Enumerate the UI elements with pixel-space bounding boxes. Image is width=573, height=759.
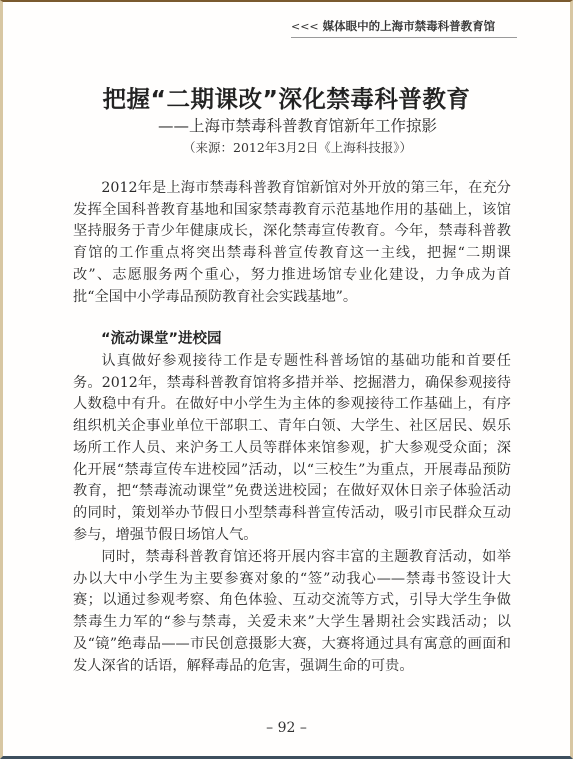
section-heading: “流动课堂”进校园 xyxy=(101,329,222,349)
running-header: <<<媒体眼中的上海市禁毒科普教育馆 xyxy=(291,17,517,38)
article-title: 把握“二期课改”深化禁毒科普教育 xyxy=(3,84,570,114)
running-header-title: 媒体眼中的上海市禁毒科普教育馆 xyxy=(323,19,496,33)
page-number: – 92 – xyxy=(3,720,570,736)
paragraph-text: 2012年是上海市禁毒科普教育馆新馆对外开放的第三年，在充分发挥全国科普教育基地… xyxy=(73,178,511,308)
back-arrows-icon: <<< xyxy=(291,20,319,33)
article-body-paragraph-1: 2012年是上海市禁毒科普教育馆新馆对外开放的第三年，在充分发挥全国科普教育基地… xyxy=(73,178,511,308)
article-source: （来源：2012年3月2日《上海科技报》） xyxy=(3,139,570,157)
article-body-paragraph-2: 认真做好参观接待工作是专题性科普场馆的基础功能和首要任务。2012年，禁毒科普教… xyxy=(73,351,511,546)
article-body-paragraph-3: 同时，禁毒科普教育馆还将开展内容丰富的主题教育活动，如举办以大中小学生为主要参赛… xyxy=(73,547,511,677)
paragraph-text: 认真做好参观接待工作是专题性科普场馆的基础功能和首要任务。2012年，禁毒科普教… xyxy=(73,351,511,546)
article-subtitle: ——上海市禁毒科普教育馆新年工作掠影 xyxy=(3,115,570,137)
document-page: <<<媒体眼中的上海市禁毒科普教育馆 把握“二期课改”深化禁毒科普教育 ——上海… xyxy=(0,0,573,759)
paragraph-text: 同时，禁毒科普教育馆还将开展内容丰富的主题教育活动，如举办以大中小学生为主要参赛… xyxy=(73,547,511,677)
